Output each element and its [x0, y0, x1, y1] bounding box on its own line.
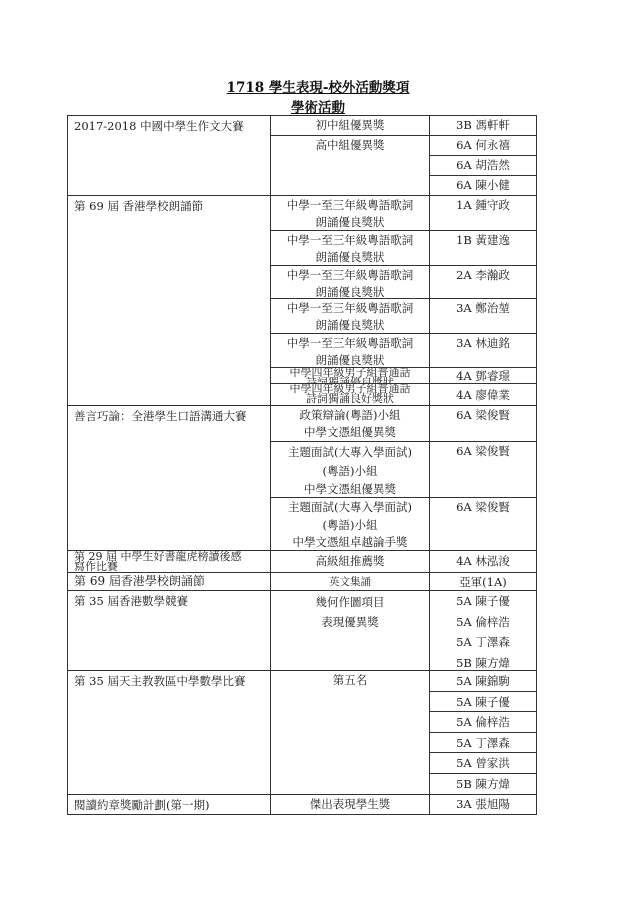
student-cell: 3A 鄭治堃 — [429, 298, 537, 334]
student-cell: 3A 林迪銘 — [429, 333, 537, 368]
student-cell: 5A 陳錦駒 — [429, 670, 537, 692]
award-cell: 高級組推薦獎 — [270, 550, 430, 573]
student-name: 5A 陳子優 — [430, 591, 536, 612]
award-cell: 中學四年級男子組普通話 詩詞獨誦優良獎狀 — [270, 367, 430, 384]
award-cell: 中學一至三年級粵語歌詞 朗誦優良獎狀 — [270, 265, 430, 299]
award-line: 朗誦優良獎狀 — [271, 352, 429, 368]
student-cell: 5A 陳子優 — [429, 691, 537, 713]
award-line: 朗誦優良獎狀 — [271, 284, 429, 299]
award-line: 中學一至三年級粵語歌詞 — [271, 335, 429, 352]
student-cell: 5B 陳方煒 — [429, 773, 537, 796]
student-cell: 5A 陳子優 5A 倫梓浩 5A 丁澤森 5B 陳方煒 — [429, 590, 537, 671]
award-cell: 主題面試(大專入學面試) (粵語)小組 中學文憑組卓越論手獎 — [270, 497, 430, 551]
student-cell: 6A 何永禧 — [429, 135, 537, 156]
student-cell: 3B 馮軒軒 — [429, 115, 537, 136]
award-line: 詩詞獨誦良好獎狀 — [271, 394, 429, 404]
student-cell: 5A 曾家洪 — [429, 752, 537, 774]
award-line: (粵語)小組 — [271, 517, 429, 535]
award-cell: 主題面試(大專入學面試) (粵語)小組 中學文憑組優異獎 — [270, 441, 430, 498]
competition-cell: 第 69 屆 香港學校朗誦節 — [67, 195, 271, 406]
student-cell: 4A 鄧睿璟 — [429, 367, 537, 384]
competition-cell: 2017-2018 中國中學生作文大賽 — [67, 115, 271, 196]
student-cell: 6A 梁俊賢 — [429, 405, 537, 442]
student-name: 5A 倫梓浩 — [430, 612, 536, 633]
competition-cell: 閱讀約章獎勵計劃(第一期) — [67, 794, 271, 815]
award-line: 幾何作圖項目 — [271, 592, 429, 612]
award-line: 中學一至三年級粵語歌詞 — [271, 232, 429, 249]
student-cell: 2A 李瀚政 — [429, 265, 537, 299]
student-cell: 5A 倫梓浩 — [429, 711, 537, 733]
award-cell: 第五名 — [270, 670, 430, 795]
student-cell: 亞軍(1A) — [429, 572, 537, 591]
award-line: 中學一至三年級粵語歌詞 — [271, 300, 429, 317]
student-cell: 6A 梁俊賢 — [429, 497, 537, 551]
award-line: 中學一至三年級粵語歌詞 — [271, 197, 429, 214]
student-cell: 3A 張旭陽 — [429, 794, 537, 815]
award-line: 中學一至三年級粵語歌詞 — [271, 267, 429, 284]
award-cell: 初中組優異獎 — [270, 115, 430, 136]
student-cell: 6A 陳小健 — [429, 175, 537, 196]
student-cell: 4A 林泓浚 — [429, 550, 537, 573]
student-cell: 5A 丁澤森 — [429, 732, 537, 754]
competition-cell: 第 35 屆天主教教區中學數學比賽 — [67, 670, 271, 795]
student-name: 5B 陳方煒 — [430, 653, 536, 672]
award-line: 主題面試(大專入學面試) — [271, 499, 429, 517]
student-cell: 1B 黃建逸 — [429, 230, 537, 266]
student-cell: 1A 鍾守政 — [429, 195, 537, 231]
award-line: 表現優異獎 — [271, 612, 429, 632]
competition-line: 寫作比賽 — [74, 562, 270, 572]
competition-cell: 第 35 屆香港數學競賽 — [67, 590, 271, 671]
award-cell: 英文集誦 — [270, 572, 430, 591]
award-cell: 中學一至三年級粵語歌詞 朗誦優良獎狀 — [270, 333, 430, 368]
award-line: 中學文憑組優異獎 — [271, 424, 429, 441]
award-cell: 高中組優異獎 — [270, 135, 430, 196]
student-name: 5A 丁澤森 — [430, 632, 536, 653]
document-title: 1718 學生表現-校外活動獎項 — [0, 76, 636, 96]
award-cell: 幾何作圖項目 表現優異獎 — [270, 590, 430, 671]
award-cell: 中學一至三年級粵語歌詞 朗誦優良獎狀 — [270, 195, 430, 231]
award-line: 主題面試(大專入學面試) — [271, 443, 429, 462]
award-cell: 中學一至三年級粵語歌詞 朗誦優良獎狀 — [270, 298, 430, 334]
award-cell: 中學一至三年級粵語歌詞 朗誦優良獎狀 — [270, 230, 430, 266]
award-line: (粵語)小組 — [271, 462, 429, 481]
document-subtitle: 學術活動 — [0, 96, 636, 116]
award-cell: 中學四年級男子組普通話 詩詞獨誦良好獎狀 — [270, 383, 430, 406]
award-line: 中學文憑組卓越論手獎 — [271, 534, 429, 551]
award-line: 中學文憑組優異獎 — [271, 480, 429, 498]
student-cell: 6A 胡浩然 — [429, 155, 537, 176]
student-cell: 4A 廖偉業 — [429, 383, 537, 406]
award-line: 朗誦優良獎狀 — [271, 214, 429, 231]
award-line: 朗誦優良獎狀 — [271, 317, 429, 334]
student-cell: 6A 梁俊賢 — [429, 441, 537, 498]
competition-cell: 第 29 屆 中學生好書龍虎榜讀後感 寫作比賽 — [67, 550, 271, 573]
award-line: 政策辯論(粵語)小組 — [271, 407, 429, 424]
competition-cell: 第 69 屆香港學校朗誦節 — [67, 572, 271, 591]
award-cell: 政策辯論(粵語)小組 中學文憑組優異獎 — [270, 405, 430, 442]
award-cell: 傑出表現學生獎 — [270, 794, 430, 815]
award-line: 朗誦優良獎狀 — [271, 249, 429, 266]
competition-cell: 善言巧論：全港學生口語溝通大賽 — [67, 405, 271, 551]
